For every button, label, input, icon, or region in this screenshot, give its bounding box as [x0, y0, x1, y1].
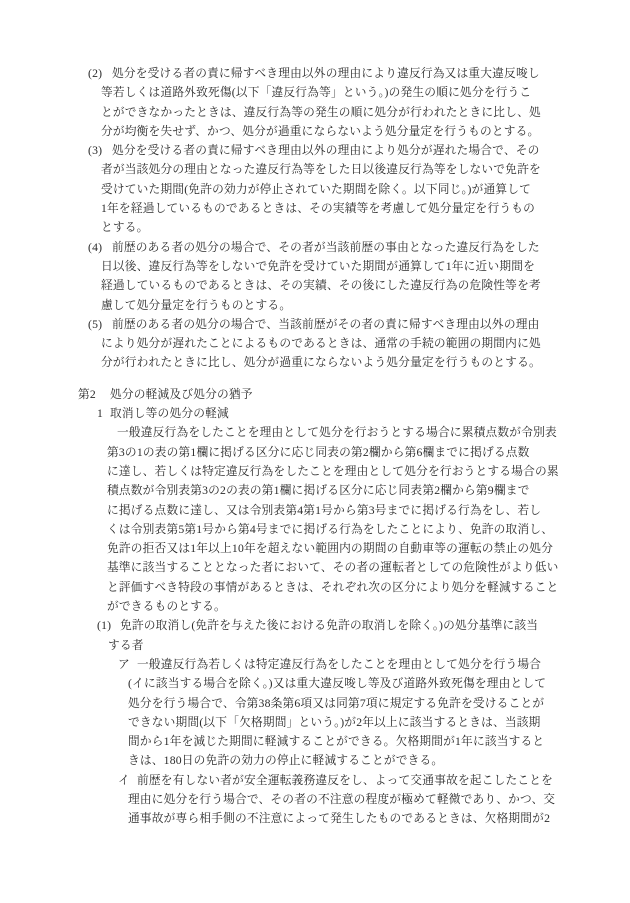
text-line: (2)処分を受ける者の責に帰すべき理由以外の理由により違反行為又は重大違反唆し [0, 64, 630, 83]
legal-item-3: (3)処分を受ける者の責に帰すべき理由以外の理由により処分が遅れた場合で、その者… [0, 141, 630, 237]
legal-item-4: (4)前歴のある者の処分の場合で、その者が当該前歴の事由となった違反行為をした日… [0, 238, 630, 315]
text-line: (4)前歴のある者の処分の場合で、その者が当該前歴の事由となった違反行為をした [0, 238, 630, 257]
text-line: 基準に該当することとなった者において、その者の運転者としての危険性がより低い [0, 558, 630, 577]
line-text: 免許の取消し(免許を与えた後における免許の取消しを除く。)の処分基準に該当 [120, 619, 538, 632]
text-line: 第2処分の軽減及び処分の猶予 [0, 385, 630, 404]
body-paragraph: 一般違反行為をしたことを理由として処分を行おうとする場合に累積点数が令別表第3の… [0, 423, 630, 616]
legal-item-5: (5)前歴のある者の処分の場合で、当該前歴がその者の責に帰すべき理由以外の理由に… [0, 315, 630, 373]
item-marker: (3) [88, 141, 112, 160]
text-line: 通事故が専ら相手側の不注意によって発生したものであるときは、欠格期間が2 [0, 809, 630, 828]
section-heading-dai2: 第2処分の軽減及び処分の猶予 [0, 385, 630, 404]
item-marker: イ [118, 771, 137, 790]
text-line: とができなかったときは、違反行為等の発生の順に処分が行われたときに比し、処 [0, 103, 630, 122]
text-line: 等若しくは道路外致死傷(以下「違反行為等」という。)の発生の順に処分を行うこ [0, 83, 630, 102]
line-text: 処分の軽減及び処分の猶予 [110, 388, 253, 401]
line-text: 前歴を有しない者が安全運転義務違反をし、よって交通事故を起こしたことを [137, 774, 553, 787]
text-line: 慮して処分量定を行うものとする。 [0, 296, 630, 315]
document-page: (2)処分を受ける者の責に帰すべき理由以外の理由により違反行為又は重大違反唆し等… [0, 0, 630, 903]
item-marker: (1) [97, 616, 120, 635]
legal-item-1-kakko: (1)免許の取消し(免許を与えた後における免許の取消しを除く。)の処分基準に該当… [0, 616, 630, 655]
text-line: 分が均衡を失せず、かつ、処分が過重にならないよう処分量定を行うものとする。 [0, 122, 630, 141]
text-line: 免許の拒否又は1年以上10年を超えない範囲内の期間の自動車等の運転の禁止の処分 [0, 539, 630, 558]
line-text: 一般違反行為若しくは特定違反行為をしたことを理由として処分を行う場合 [137, 658, 541, 671]
text-line: 1取消し等の処分の軽減 [0, 404, 630, 423]
line-text: 処分を受ける者の責に帰すべき理由以外の理由により違反行為又は重大違反唆し [112, 67, 540, 80]
item-marker: 1 [97, 404, 110, 423]
line-text: 前歴のある者の処分の場合で、その者が当該前歴の事由となった違反行為をした [112, 241, 540, 254]
text-line: 受けていた期間(免許の効力が停止されていた期間を除く。以下同じ。)が通算して [0, 180, 630, 199]
text-line: 処分を行う場合で、令第38条第6項又は同第7項に規定する免許を受けることが [0, 694, 630, 713]
text-line: 理由に処分を行う場合で、その者の不注意の程度が極めて軽微であり、かつ、交 [0, 790, 630, 809]
text-line: する者 [0, 636, 630, 655]
text-line: イ前歴を有しない者が安全運転義務違反をし、よって交通事故を起こしたことを [0, 771, 630, 790]
text-line: 経過しているものであるときは、その実績、その後にした違反行為の危険性等を考 [0, 276, 630, 295]
item-marker: (5) [88, 315, 112, 334]
item-marker: (2) [88, 64, 112, 83]
text-line: 積点数が令別表第3の2の表の第1欄に掲げる区分に応じ同表第2欄から第9欄まで [0, 481, 630, 500]
legal-item-a: ア一般違反行為若しくは特定違反行為をしたことを理由として処分を行う場合(イに該当… [0, 655, 630, 771]
line-text: 取消し等の処分の軽減 [110, 407, 229, 420]
text-line: により処分が遅れたことによるものであるときは、通常の手続の範囲の期間内に処 [0, 334, 630, 353]
text-line: に掲げる点数に達し、又は令別表第4第1号から第3号までに掲げる行為をし、若し [0, 501, 630, 520]
text-line: (3)処分を受ける者の責に帰すべき理由以外の理由により処分が遅れた場合で、その [0, 141, 630, 160]
document-body: (2)処分を受ける者の責に帰すべき理由以外の理由により違反行為又は重大違反唆し等… [0, 64, 630, 829]
text-line: 分が行われたときに比し、処分が過重にならないよう処分量定を行うものとする。 [0, 353, 630, 372]
text-line: (5)前歴のある者の処分の場合で、当該前歴がその者の責に帰すべき理由以外の理由 [0, 315, 630, 334]
text-line: 一般違反行為をしたことを理由として処分を行おうとする場合に累積点数が令別表 [0, 423, 630, 442]
legal-item-2: (2)処分を受ける者の責に帰すべき理由以外の理由により違反行為又は重大違反唆し等… [0, 64, 630, 141]
line-text: 処分を受ける者の責に帰すべき理由以外の理由により処分が遅れた場合で、その [112, 144, 539, 157]
text-line: くは令別表第5第1号から第4号までに掲げる行為をしたことにより、免許の取消し、 [0, 520, 630, 539]
text-line: ができるものとする。 [0, 597, 630, 616]
text-line: できない期間(以下「欠格期間」という。)が2年以上に該当するときは、当該期 [0, 713, 630, 732]
subsection-heading-1: 1取消し等の処分の軽減 [0, 404, 630, 423]
item-marker: (4) [88, 238, 112, 257]
text-line: 者が当該処分の理由となった違反行為等をした日以後違反行為等をしないで免許を [0, 160, 630, 179]
text-line: ア一般違反行為若しくは特定違反行為をしたことを理由として処分を行う場合 [0, 655, 630, 674]
item-marker: ア [118, 655, 137, 674]
text-line: とする。 [0, 218, 630, 237]
item-marker: 第2 [78, 385, 110, 404]
text-line: (1)免許の取消し(免許を与えた後における免許の取消しを除く。)の処分基準に該当 [0, 616, 630, 635]
text-line: と評価すべき特段の事情があるときは、それぞれ次の区分により処分を軽減すること [0, 578, 630, 597]
text-line: 間から1年を減じた期間に軽減することができる。欠格期間が1年に該当すると [0, 732, 630, 751]
text-line: に達し、若しくは特定違反行為をしたことを理由として処分を行おうとする場合の累 [0, 462, 630, 481]
text-line: 1年を経過しているものであるときは、その実績等を考慮して処分量定を行うもの [0, 199, 630, 218]
text-line: 日以後、違反行為等をしないで免許を受けていた期間が通算して1年に近い期間を [0, 257, 630, 276]
text-line: (イに該当する場合を除く。)又は重大違反唆し等及び道路外致死傷を理由として [0, 674, 630, 693]
text-line: きは、180日の免許の効力の停止に軽減することができる。 [0, 751, 630, 770]
text-line: 第3の1の表の第1欄に掲げる区分に応じ同表の第2欄から第6欄までに掲げる点数 [0, 443, 630, 462]
legal-item-i: イ前歴を有しない者が安全運転義務違反をし、よって交通事故を起こしたことを理由に処… [0, 771, 630, 829]
line-text: 前歴のある者の処分の場合で、当該前歴がその者の責に帰すべき理由以外の理由 [112, 318, 539, 331]
